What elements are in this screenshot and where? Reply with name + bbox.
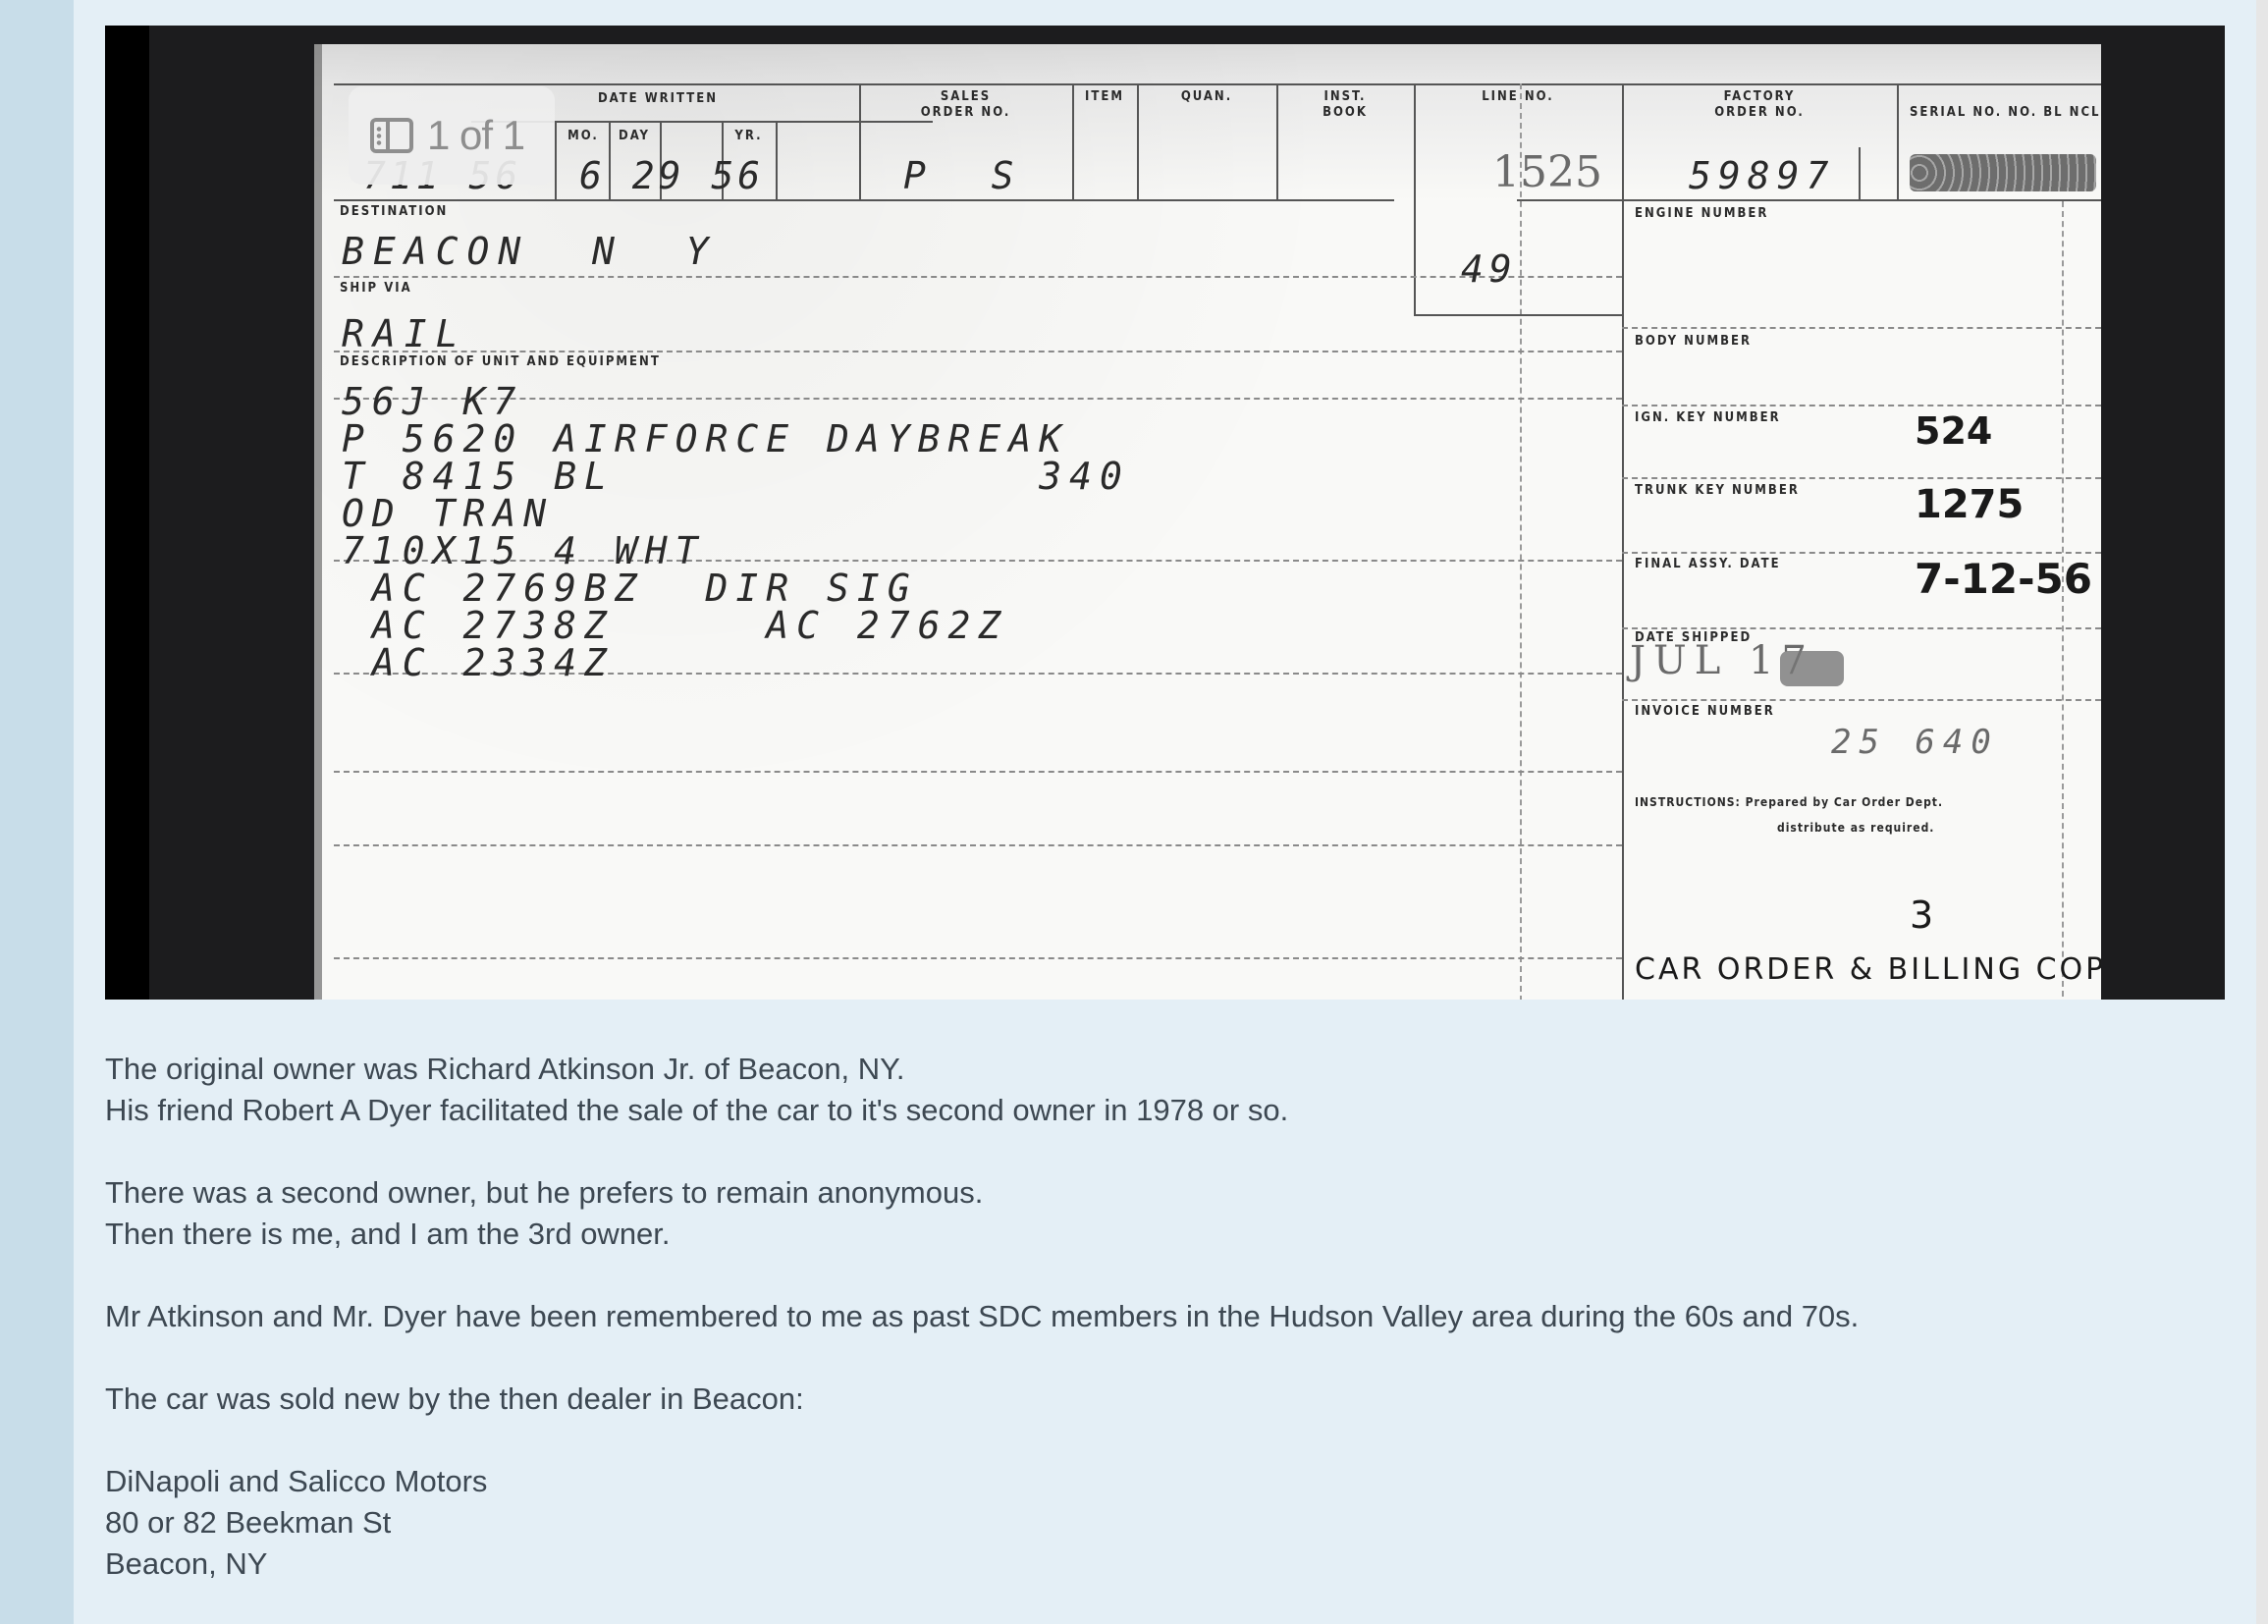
sidebar-panel-icon[interactable] [370,118,413,153]
label-inst-book-1: INST. [1276,89,1414,105]
label-trunk-key: TRUNK KEY NUMBER [1635,483,1800,499]
value-invoice: 25 640 [1831,724,1999,761]
label-ign-key: IGN. KEY NUMBER [1635,410,1781,426]
label-line-no: LINE NO. [1414,89,1622,105]
description-line: 710X15 4 WHT [342,532,1130,569]
rule [1517,199,2101,201]
label-ship-via: SHIP VIA [340,281,412,297]
value-destination: BEACON N Y [342,233,718,270]
paper-edge [314,44,322,1000]
label-quan: QUAN. [1137,89,1276,105]
page-indicator[interactable]: 1 of 1 [349,86,555,185]
label-factory-order-1: FACTORY [1622,89,1897,105]
rule [1622,699,2101,701]
label-day: DAY [609,129,660,144]
value-line-no-2: 49 [1461,250,1518,288]
value-ign-key: 524 [1915,409,1992,453]
post-line: 80 or 82 Beekman St [105,1502,2216,1543]
post-line: Mr Atkinson and Mr. Dyer have been remem… [105,1296,2216,1337]
rule [1897,83,1899,199]
rule [1622,627,2101,629]
post-paragraph: DiNapoli and Salicco Motors80 or 82 Beek… [105,1461,2216,1585]
rule [334,771,1622,773]
rule [1622,83,1624,1000]
rule [1414,314,1622,316]
scrollbar-track[interactable] [2256,0,2268,1624]
rule [334,276,1622,278]
label-description: DESCRIPTION OF UNIT AND EQUIPMENT [340,354,661,370]
rule [334,199,1394,201]
label-date-written: DATE WRITTEN [560,91,756,107]
label-body-number: BODY NUMBER [1635,334,1752,350]
value-ship-via: RAIL [342,315,467,352]
post-line: The original owner was Richard Atkinson … [105,1049,2216,1090]
label-factory-order-2: ORDER NO. [1622,105,1897,121]
description-line: 56J K7 [342,383,1130,420]
label-sales-order-2: ORDER NO. [859,105,1072,121]
label-item: ITEM [1072,89,1137,105]
rule [1520,83,1522,1000]
viewer-edge [105,26,149,1000]
instructions-line-2: distribute as required. [1777,820,1934,836]
redacted-serial [1910,154,2096,191]
post-line: Beacon, NY [105,1543,2216,1585]
label-destination: DESTINATION [340,204,448,220]
rule [1622,552,2101,554]
label-yr: YR. [722,129,776,144]
rule [1414,83,1416,314]
post-line: His friend Robert A Dyer facilitated the… [105,1090,2216,1131]
value-date-written: 6 29 56 [579,157,764,194]
copy-number: 3 [1910,893,1933,937]
page-indicator-text: 1 of 1 [427,112,524,159]
post-body: The original owner was Richard Atkinson … [105,1049,2216,1624]
post-paragraph: The car was sold new by the then dealer … [105,1379,2216,1420]
label-final-assy: FINAL ASSY. DATE [1635,557,1781,572]
rule [334,351,1622,352]
label-inst-book-2: BOOK [1276,105,1414,121]
description-line: AC 2769BZ DIR SIG [342,569,1130,607]
instructions-line-1: INSTRUCTIONS: Prepared by Car Order Dept… [1635,794,1943,810]
rule [1622,477,2101,479]
value-sales-order: P S [903,157,1021,194]
post-line: Then there is me, and I am the 3rd owner… [105,1214,2216,1255]
left-sidebar [0,0,74,1624]
label-serial-no: SERIAL NO. NO. BL NCL BO. B [1910,105,2101,121]
smudged-year [1780,651,1844,686]
label-mo: MO. [556,129,611,144]
post-paragraph: There was a second owner, but he prefers… [105,1172,2216,1255]
rule [776,121,778,199]
label-engine-number: ENGINE NUMBER [1635,206,1768,222]
post-paragraph: Mr Atkinson and Mr. Dyer have been remem… [105,1296,2216,1337]
car-order-document-image: DATE WRITTEN MO. DAY YR. SALES ORDER NO.… [314,44,2101,1000]
description-line: OD TRAN [342,495,1130,532]
description-line: AC 2334Z [342,644,1130,681]
rule [334,844,1622,846]
value-trunk-key: 1275 [1915,482,2024,527]
rule [334,83,2101,85]
value-line-no: 1525 [1492,154,1602,191]
value-factory-order: 59897 [1689,157,1835,194]
description-lines: 56J K7P 5620 AIRFORCE DAYBREAKT 8415 BL … [342,383,1130,681]
image-viewer[interactable]: DATE WRITTEN MO. DAY YR. SALES ORDER NO.… [105,26,2225,1000]
rule [334,957,1622,959]
description-line: AC 2738Z AC 2762Z [342,607,1130,644]
rule [1622,405,2101,406]
rule [1859,147,1861,199]
description-line: P 5620 AIRFORCE DAYBREAK [342,420,1130,458]
description-line: T 8415 BL 340 [342,458,1130,495]
value-final-assy: 7-12-56 [1915,555,2092,603]
copy-title: CAR ORDER & BILLING COPY [1635,952,2101,987]
post-line: The car was sold new by the then dealer … [105,1379,2216,1420]
rule [1622,327,2101,329]
label-sales-order-1: SALES [859,89,1072,105]
post-line: There was a second owner, but he prefers… [105,1172,2216,1214]
post-line: DiNapoli and Salicco Motors [105,1461,2216,1502]
label-invoice: INVOICE NUMBER [1635,704,1775,720]
post-paragraph: The original owner was Richard Atkinson … [105,1049,2216,1131]
